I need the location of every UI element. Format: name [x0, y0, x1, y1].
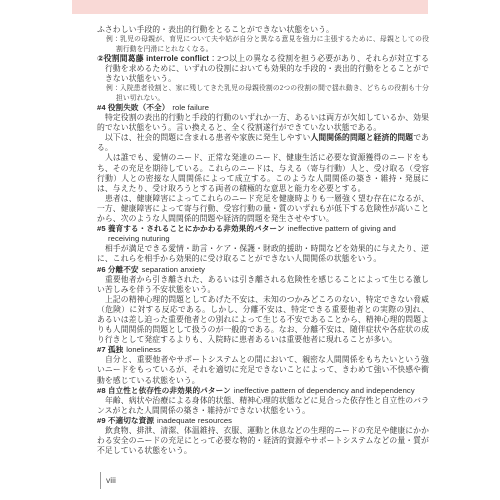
- heading-dependency-independency: #8 自立性と依存性の非効果的パターンineffective pattern o…: [97, 386, 429, 396]
- intro-bold-terms: 人間関係的問題と経済的問題: [310, 133, 413, 142]
- heading-jp: #6 分離不安: [97, 265, 139, 274]
- heading-ineffective-nurturing: #5 養育する・されることにかかわる非効果的パターンineffective pa…: [97, 224, 429, 244]
- heading-jp: #7 孤独: [97, 345, 123, 354]
- item-term-en: interrole conflict: [144, 54, 209, 63]
- intro-pre: 以下は、社会的問題に含まれる患者や家族に発生しやすい: [105, 133, 310, 142]
- heading-en: ineffective pattern of dependency and in…: [234, 386, 415, 395]
- header-band: [72, 0, 428, 14]
- paragraph-intro-problems: 以下は、社会的問題に含まれる患者や家族に発生しやすい人間関係的問題と経済的問題で…: [97, 133, 429, 153]
- heading-en: inadequate resources: [157, 416, 232, 425]
- heading-separation-anxiety: #6 分離不安separation anxiety: [97, 265, 429, 275]
- paragraph-nurturing: 相手が満足できる愛情・助言・ケア・保護・財政的援助・時間などを効果的に与えたり、…: [97, 244, 429, 264]
- item-term-jp: ②役割間葛藤: [97, 54, 144, 63]
- heading-inadequate-resources: #9 不適切な資源inadequate resources: [97, 416, 429, 426]
- paragraph-dependency: 年齢、病状や治療による身体的状態、精神心理的状態などに見合った依存性と自立性のバ…: [97, 396, 429, 416]
- heading-en: role failure: [172, 103, 209, 112]
- heading-jp: #5 養育する・されることにかかわる非効果的パターン: [97, 224, 285, 233]
- paragraph-patient-risk: 患者は、健康障害によってこれらのニード充足を健康時よりも一層強く望む存在になるが…: [97, 194, 429, 224]
- book-page: ふさわしい手段的・表出的行動をとることができない状態をいう。 例：乳児の母親が、…: [0, 0, 500, 500]
- paragraph-resources: 飲食物、排泄、清潔、体温維持、衣服、運動と休息などの生理的ニードの充足や健康にか…: [97, 426, 429, 456]
- paragraph-needs: 人は誰でも、愛情のニード、正常な発達のニード、健康生活に必要な資源獲得のニードを…: [97, 153, 429, 193]
- paragraph-loneliness: 自分と、重要他者やサポートシステムとの間において、親密な人間関係をもちたいという…: [97, 355, 429, 385]
- page-content: ふさわしい手段的・表出的行動をとることができない状態をいう。 例：乳児の母親が、…: [97, 25, 429, 456]
- paragraph-role-continuation: ふさわしい手段的・表出的行動をとることができない状態をいう。: [97, 25, 429, 35]
- heading-jp: #9 不適切な資源: [97, 416, 154, 425]
- heading-jp: #4 役割失敗（不全）: [97, 103, 169, 112]
- list-item-interrole-conflict: ②役割間葛藤 interrole conflict：2つ以上の異なる役割を担う必…: [97, 54, 429, 84]
- page-number: viii: [100, 472, 116, 489]
- heading-role-failure: #4 役割失敗（不全）role failure: [97, 103, 429, 113]
- heading-en: loneliness: [126, 345, 161, 354]
- heading-loneliness: #7 孤独loneliness: [97, 345, 429, 355]
- example-note-2: 例：入院患者役割と、家に残してきた乳児の母親役割の2つの役割の間で揺れ動き、どち…: [97, 84, 429, 103]
- paragraph-separation-definition: 重要他者から引き離された、あるいは引き離される危険性を感じることによって生じる激…: [97, 275, 429, 295]
- paragraph-separation-detail: 上記の精神心理的問題としてあげた不安は、未知のつかみどころのない、特定できない脅…: [97, 295, 429, 345]
- heading-en: separation anxiety: [142, 265, 205, 274]
- paragraph-role-failure: 特定役割の表出的行動と手段的行動のいずれか一方、あるいは両方が欠如しているか、効…: [97, 113, 429, 133]
- heading-jp: #8 自立性と依存性の非効果的パターン: [97, 386, 231, 395]
- example-note-1: 例：乳児の母親が、育児について夫や姑が自分と異なる意見を強力に主張するために、母…: [97, 35, 429, 54]
